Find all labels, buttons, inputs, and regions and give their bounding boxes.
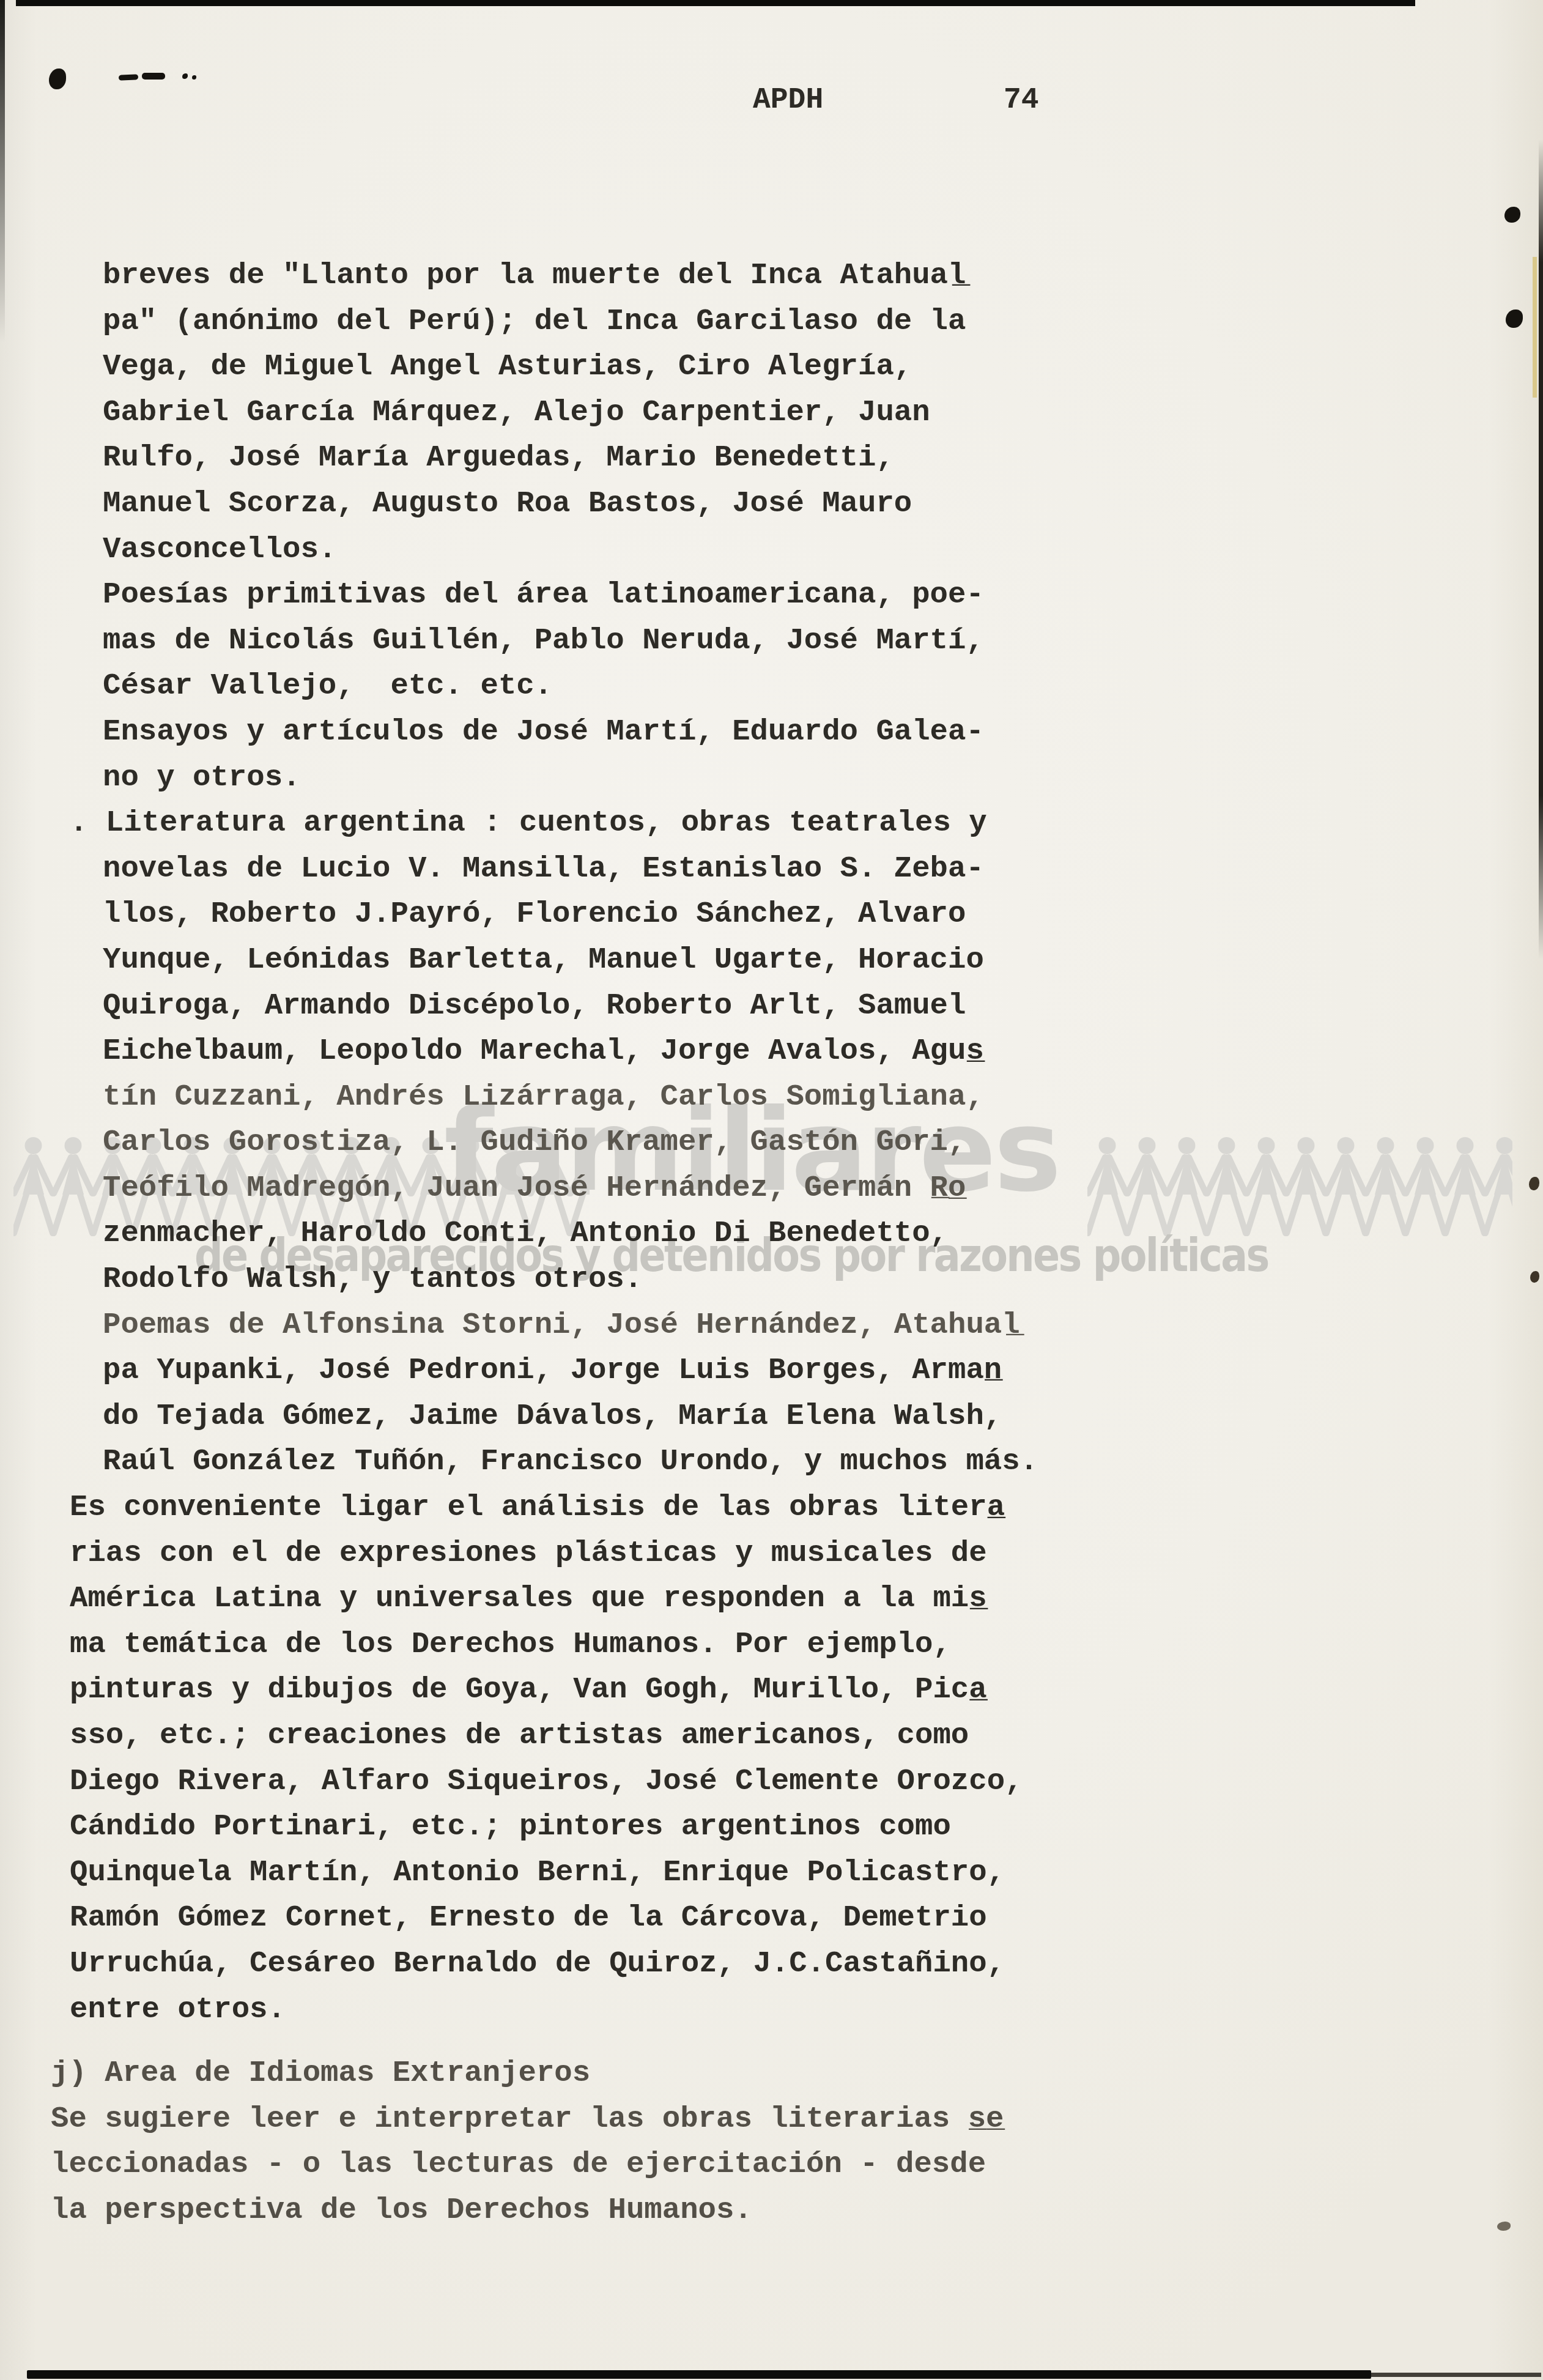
header-org-abbreviation: APDH (753, 82, 823, 119)
text-line: Rodolfo Walsh, y tantos otros. (0, 1256, 1543, 1302)
text-line: Ensayos y artículos de José Martí, Eduar… (0, 709, 1543, 755)
text-line: ma temática de los Derechos Humanos. Por… (0, 1622, 1543, 1667)
text-line: do Tejada Gómez, Jaime Dávalos, María El… (0, 1393, 1543, 1439)
text-line: Vasconcellos. (0, 527, 1543, 573)
header-page-number: 74 (1004, 82, 1039, 119)
text-line: César Vallejo, etc. etc. (0, 663, 1543, 709)
text-line: Poesías primitivas del área latinoameric… (0, 572, 1543, 618)
text-line: Eichelbaum, Leopoldo Marechal, Jorge Ava… (0, 1028, 1543, 1074)
text-line: no y otros. (0, 755, 1543, 801)
text-line: Ramón Gómez Cornet, Ernesto de la Cárcov… (0, 1895, 1543, 1941)
text-line: llos, Roberto J.Payró, Florencio Sánchez… (0, 891, 1543, 937)
text-line: pa Yupanki, José Pedroni, Jorge Luis Bor… (0, 1348, 1543, 1393)
text-line: entre otros. (0, 1987, 1543, 2033)
top-edge-scan-bar (16, 0, 1415, 6)
text-line: zenmacher, Haroldo Conti, Antonio Di Ben… (0, 1210, 1543, 1256)
bottom-edge-scan-bar-right (1371, 2373, 1541, 2377)
ink-blot (1504, 207, 1520, 223)
text-line: América Latina y universales que respond… (0, 1576, 1543, 1622)
section-heading: j) Area de Idiomas Extranjeros (0, 2050, 1543, 2096)
ink-dash (119, 74, 138, 81)
text-line: Vega, de Miguel Angel Asturias, Ciro Ale… (0, 344, 1543, 390)
bottom-edge-scan-bar (27, 2370, 1371, 2379)
ink-dot (192, 75, 196, 80)
text-line: Gabriel García Márquez, Alejo Carpentier… (0, 390, 1543, 436)
right-edge-tan-line (1533, 257, 1537, 398)
right-edge-shadow (1539, 139, 1543, 959)
text-line: Se sugiere leer e interpretar las obras … (0, 2096, 1543, 2142)
text-line: Manuel Scorza, Augusto Roa Bastos, José … (0, 481, 1543, 527)
text-line: Quiroga, Armando Discépolo, Roberto Arlt… (0, 983, 1543, 1029)
text-line: Diego Rivera, Alfaro Siqueiros, José Cle… (0, 1759, 1543, 1804)
text-line: Urruchúa, Cesáreo Bernaldo de Quiroz, J.… (0, 1941, 1543, 1987)
text-line: pa" (anónimo del Perú); del Inca Garcila… (0, 298, 1543, 344)
text-line: mas de Nicolás Guillén, Pablo Neruda, Jo… (0, 618, 1543, 664)
text-line: Es conveniente ligar el análisis de las … (0, 1485, 1543, 1530)
text-line: Rulfo, José María Arguedas, Mario Benede… (0, 435, 1543, 481)
text-line: rias con el de expresiones plásticas y m… (0, 1530, 1543, 1576)
text-line: breves de "Llanto por la muerte del Inca… (0, 253, 1543, 298)
text-line: tín Cuzzani, Andrés Lizárraga, Carlos So… (0, 1074, 1543, 1120)
text-line: Quinquela Martín, Antonio Berni, Enrique… (0, 1850, 1543, 1896)
text-line: la perspectiva de los Derechos Humanos. (0, 2187, 1543, 2233)
text-line: novelas de Lucio V. Mansilla, Estanislao… (0, 846, 1543, 892)
ink-dot (182, 73, 188, 79)
text-line-bulleted: . Literatura argentina : cuentos, obras … (0, 800, 1543, 846)
text-line: Carlos Gorostiza, L. Gudiño Kramer, Gast… (0, 1119, 1543, 1165)
section-idiomas-extranjeros: j) Area de Idiomas Extranjeros Se sugier… (0, 2050, 1543, 2233)
text-line: Cándido Portinari, etc.; pintores argent… (0, 1804, 1543, 1850)
text-line: leccionadas - o las lecturas de ejercita… (0, 2141, 1543, 2187)
text-line: Yunque, Leónidas Barletta, Manuel Ugarte… (0, 937, 1543, 983)
text-line: Teófilo Madregón, Juan José Hernández, G… (0, 1165, 1543, 1211)
body-text: breves de "Llanto por la muerte del Inca… (0, 253, 1543, 2032)
text-line: pinturas y dibujos de Goya, Van Gogh, Mu… (0, 1667, 1543, 1713)
text-line: sso, etc.; creaciones de artistas americ… (0, 1713, 1543, 1759)
ink-dash (142, 73, 165, 80)
ink-blot (49, 69, 66, 89)
text-line: Raúl González Tuñón, Francisco Urondo, y… (0, 1439, 1543, 1485)
left-edge-shadow (0, 0, 5, 343)
text-line: Poemas de Alfonsina Storni, José Hernánd… (0, 1302, 1543, 1348)
scanned-document-page: familiares de desaparecidos y detenidos … (0, 0, 1543, 2380)
